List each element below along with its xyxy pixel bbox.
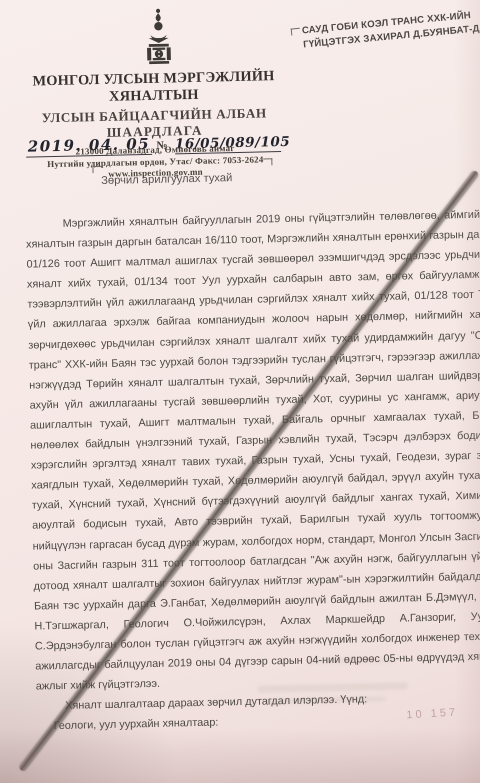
corner-bracket-icon <box>263 158 272 165</box>
corner-bracket-icon <box>441 0 451 1</box>
body-paragraph-1: Мэргэжлийн хяналтын байгууллагын 2019 он… <box>25 203 480 697</box>
number-sign: № <box>152 139 172 154</box>
org-name: МОНГОЛ УЛСЫН МЭРГЭЖЛИЙН ХЯНАЛТЫН <box>0 67 313 108</box>
corner-bracket-icon <box>92 166 101 173</box>
soyombo-emblem <box>138 7 179 66</box>
addressee-stamp: САУД ГОБИ КОЭЛ ТРАНС ХХК-ИЙН ГҮЙЦЭТГЭХ З… <box>301 7 480 52</box>
corner-bracket-icon <box>291 28 301 36</box>
handwritten-date: 2019. 04. 05 <box>26 135 152 158</box>
document-photo: МОНГОЛ УЛСЫН МЭРГЭЖЛИЙН ХЯНАЛТЫН УЛСЫН Б… <box>0 0 480 783</box>
paper-page: МОНГОЛ УЛСЫН МЭРГЭЖЛИЙН ХЯНАЛТЫН УЛСЫН Б… <box>0 0 480 783</box>
handwritten-doc-number: 16/05/089/105 <box>175 134 281 154</box>
